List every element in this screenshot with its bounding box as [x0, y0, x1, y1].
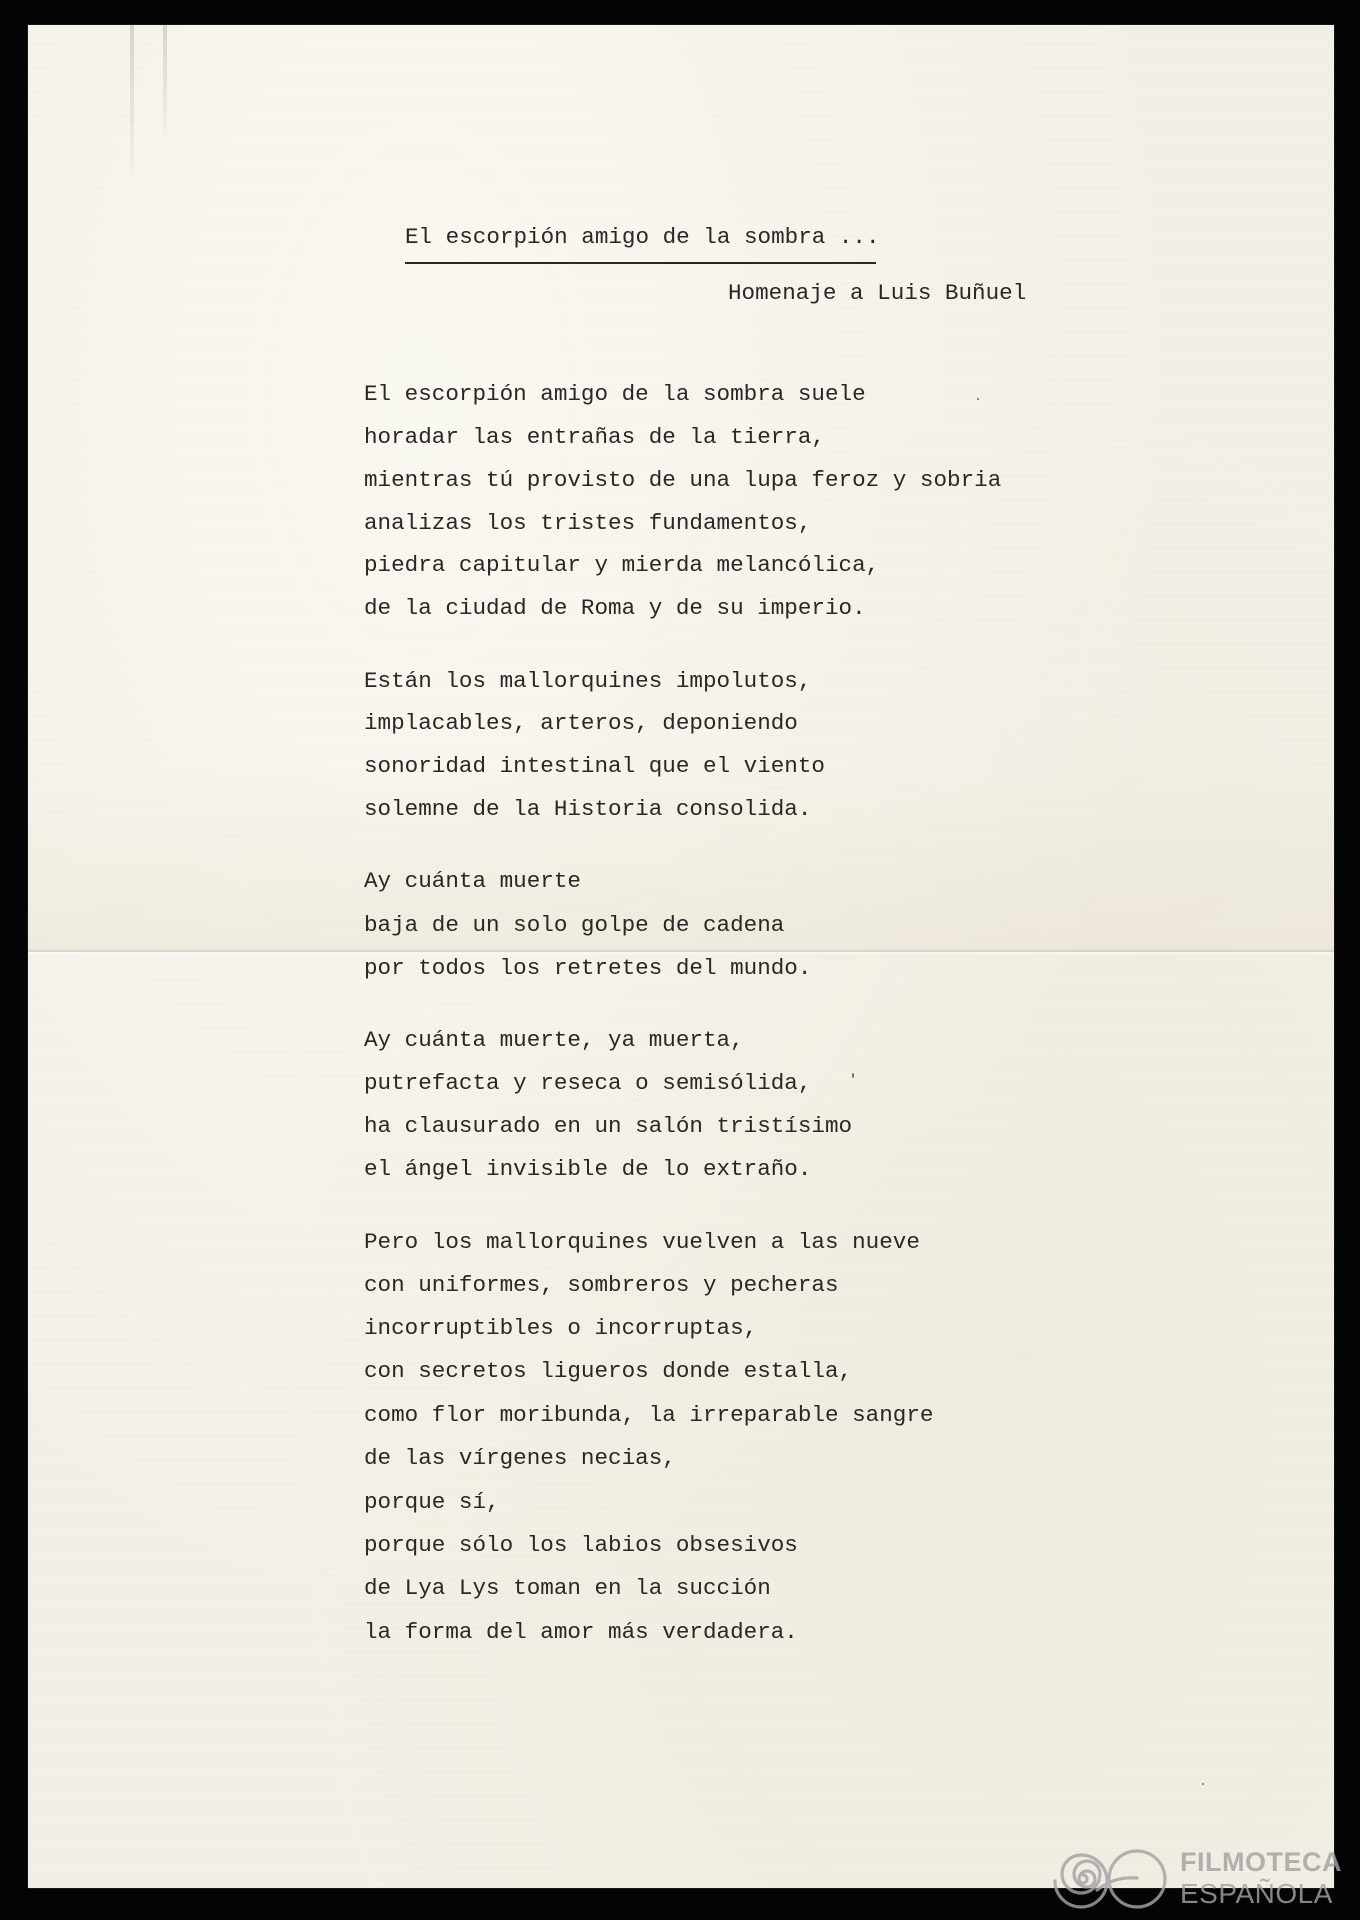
watermark-title: FILMOTECA — [1180, 1849, 1342, 1876]
poem-line: de las vírgenes necias, — [364, 1447, 676, 1470]
filmoteca-spiral-logo-icon — [1053, 1846, 1169, 1912]
poem-line: Pero los mallorquines vuelven a las nuev… — [364, 1231, 920, 1254]
poem-line: con uniformes, sombreros y pecheras — [364, 1274, 839, 1297]
poem-line: con secretos ligueros donde estalla, — [364, 1360, 852, 1383]
poem-line: mientras tú provisto de una lupa feroz y… — [364, 469, 1001, 492]
poem-line: analizas los tristes fundamentos, — [364, 512, 811, 535]
paper-speck — [852, 1073, 854, 1078]
poem-line: putrefacta y reseca o semisólida, — [364, 1072, 811, 1095]
poem-line: porque sí, — [364, 1491, 500, 1514]
clip-shadow-mark — [130, 25, 134, 175]
poem-line: baja de un solo golpe de cadena — [364, 914, 784, 937]
paper-speck — [977, 398, 979, 400]
filmoteca-watermark: FILMOTECA ESPAÑOLA — [1053, 1846, 1353, 1912]
poem-line: como flor moribunda, la irreparable sang… — [364, 1404, 933, 1427]
poem-title: El escorpión amigo de la sombra ... — [405, 226, 880, 249]
poem-line: la forma del amor más verdadera. — [364, 1621, 798, 1644]
poem-line: porque sólo los labios obsesivos — [364, 1534, 798, 1557]
poem-line: de Lya Lys toman en la succión — [364, 1577, 771, 1600]
poem-line: Están los mallorquines impolutos, — [364, 670, 811, 693]
poem-line: incorruptibles o incorruptas, — [364, 1317, 757, 1340]
clip-shadow-mark — [163, 25, 167, 135]
title-underline — [405, 262, 876, 264]
poem-dedication: Homenaje a Luis Buñuel — [728, 282, 1026, 305]
poem-line: ha clausurado en un salón tristísimo — [364, 1115, 852, 1138]
poem-line: Ay cuánta muerte — [364, 870, 581, 893]
poem-line: sonoridad intestinal que el viento — [364, 755, 825, 778]
paper-speck — [1202, 1783, 1204, 1785]
poem-line: piedra capitular y mierda melancólica, — [364, 554, 879, 577]
poem-line: de la ciudad de Roma y de su imperio. — [364, 597, 866, 620]
poem-line: horadar las entrañas de la tierra, — [364, 426, 825, 449]
poem-line: el ángel invisible de lo extraño. — [364, 1158, 811, 1181]
poem-line: solemne de la Historia consolida. — [364, 798, 811, 821]
poem-line: El escorpión amigo de la sombra suele — [364, 383, 866, 406]
poem-line: por todos los retretes del mundo. — [364, 957, 811, 980]
watermark-subtitle: ESPAÑOLA — [1180, 1880, 1333, 1908]
poem-line: Ay cuánta muerte, ya muerta, — [364, 1029, 744, 1052]
poem-line: implacables, arteros, deponiendo — [364, 712, 798, 735]
